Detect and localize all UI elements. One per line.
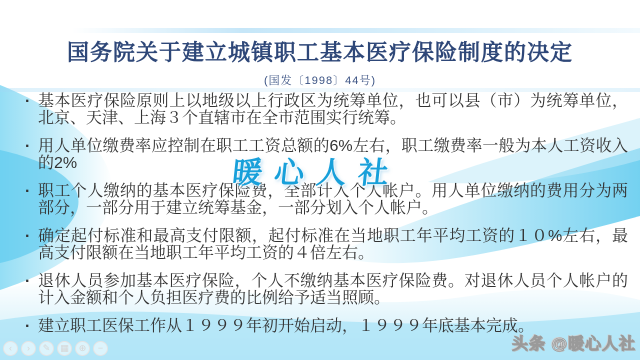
bullet-dot: · — [25, 318, 30, 335]
next-slide-icon[interactable]: › — [21, 341, 36, 356]
bullet-dot: · — [25, 93, 30, 110]
bullet-item: ·退休人员参加基本医疗保险，个人不缴纳基本医疗保险费。对退休人员个人帐户的计入金… — [24, 273, 628, 307]
subtitle-accent-line — [0, 88, 640, 92]
bullet-list: ·基本医疗保险原则上以地级以上行政区为统筹单位，也可以县（市）为统筹单位，北京、… — [24, 93, 628, 346]
title-accent-line — [72, 28, 640, 33]
pen-icon[interactable]: ✎ — [39, 341, 54, 356]
stamp-icon[interactable]: ▦ — [57, 341, 72, 356]
bullet-dot: · — [25, 183, 30, 200]
bullet-text: 基本医疗保险原则上以地级以上行政区为统筹单位，也可以县（市）为统筹单位，北京、天… — [38, 93, 628, 127]
corner-watermark: 头条 @暖心人社 — [512, 331, 636, 354]
previous-slide-icon[interactable]: ‹ — [3, 341, 18, 356]
bullet-text: 退休人员参加基本医疗保险，个人不缴纳基本医疗保险费。对退休人员个人帐户的计入金额… — [38, 273, 628, 307]
viewer-controls: ‹ › ✎ ▦ ⊕ − — [3, 341, 108, 356]
bullet-text: 确定起付标准和最高支付限额，起付标准在当地职工年平均工资的１０%左右，最高支付限… — [38, 228, 628, 262]
bullet-text: 建立职工医保工作从１９９９年初开始启动，１９９９年底基本完成。 — [38, 318, 534, 335]
minimize-icon[interactable]: − — [93, 341, 108, 356]
bullet-dot: · — [25, 273, 30, 290]
document-number: (国发〔1998〕44号) — [0, 72, 640, 88]
slide-title: 国务院关于建立城镇职工基本医疗保险制度的决定 — [0, 36, 640, 67]
bullet-item: ·确定起付标准和最高支付限额，起付标准在当地职工年平均工资的１０%左右，最高支付… — [24, 228, 628, 262]
bullet-dot: · — [25, 228, 30, 245]
slide: 国务院关于建立城镇职工基本医疗保险制度的决定 (国发〔1998〕44号) ·基本… — [0, 0, 640, 360]
bullet-dot: · — [25, 138, 30, 155]
bullet-item: ·基本医疗保险原则上以地级以上行政区为统筹单位，也可以县（市）为统筹单位，北京、… — [24, 93, 628, 127]
magnifier-icon[interactable]: ⊕ — [75, 341, 90, 356]
center-watermark: 暖心人社 — [230, 148, 403, 192]
